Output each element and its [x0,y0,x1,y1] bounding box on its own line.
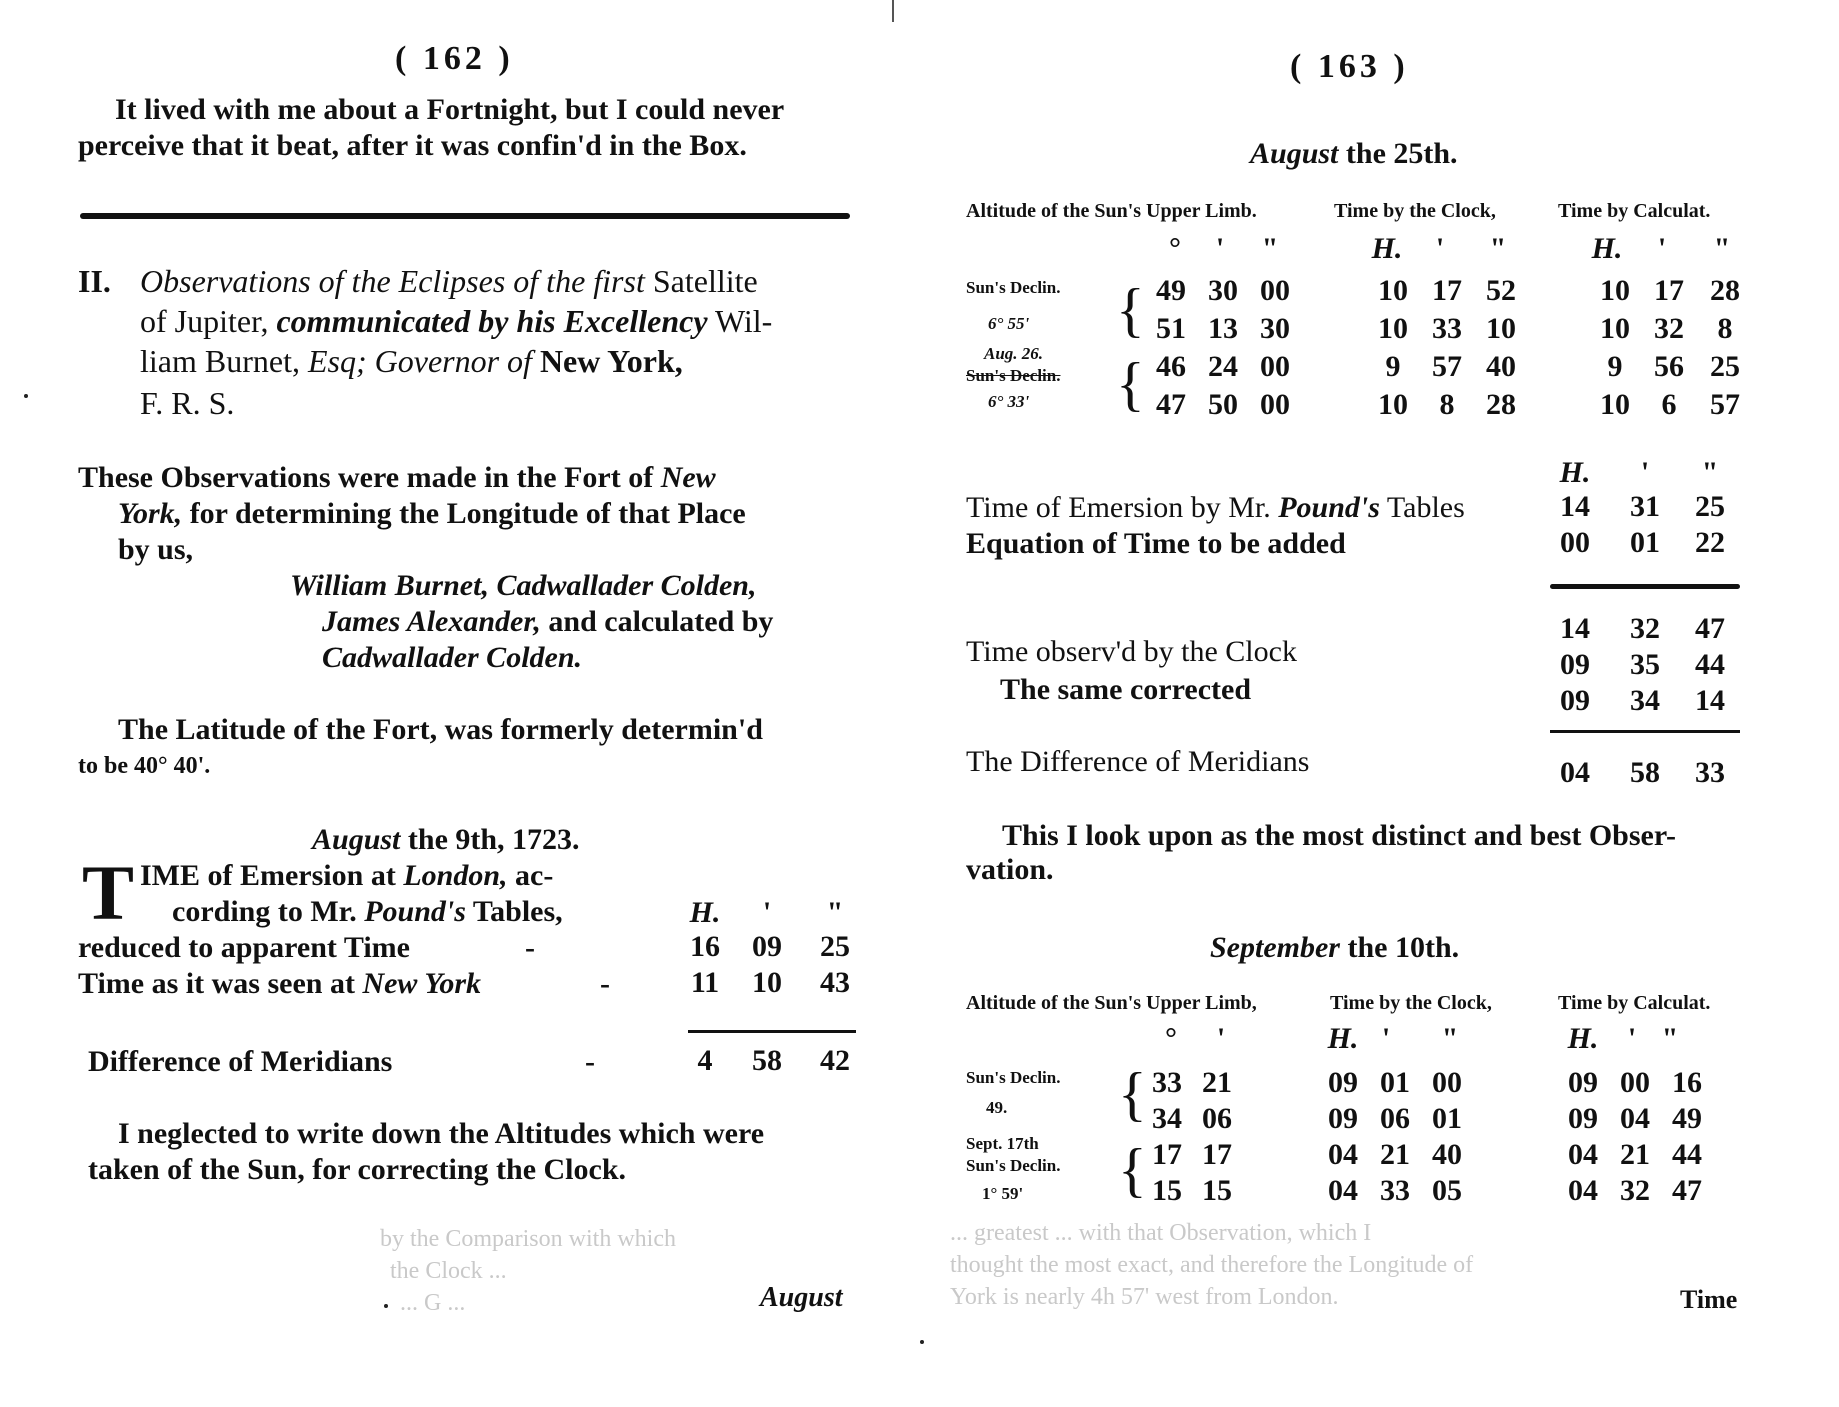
unit-minutes: ' [1366,1022,1406,1056]
cell: 14 [1685,684,1735,718]
sum-rule [1550,584,1740,589]
unit-seconds: " [1250,232,1290,266]
observer-names-line-2: James Alexander, and calculated by [322,604,773,640]
showthrough-line-1: ... greatest ... with that Observation, … [950,1220,1371,1247]
showthrough-line-1: by the Comparison with which [380,1226,676,1253]
aug9-day-year: the 9th, 1723. [400,823,579,856]
cell: 33 [1422,312,1472,346]
cell: 28 [1700,274,1750,308]
sep10-date-heading: September the 10th. [1210,930,1459,966]
cell: 00 [1250,388,1300,422]
cell: 25 [1685,490,1735,524]
emersion-label: Time of Emersion by Mr. Pound's Tables [966,490,1465,526]
cell: 33 [1685,756,1735,790]
cell: 57 [1700,388,1750,422]
showthrough-line-2: thought the most exact, and therefore th… [950,1252,1473,1279]
print-speck [24,394,28,398]
intro-line-1: These Observations were made in the Fort… [78,460,716,496]
aug9-difference-label: Difference of Meridians [88,1044,392,1080]
difference-label: The Difference of Meridians [966,744,1309,780]
cell: 9 [1368,350,1418,384]
aug25-date-heading: August the 25th. [1250,136,1458,172]
equation-label: Equation of Time to be added [966,526,1346,562]
column-header-clock: Time by the Clock, [1334,200,1496,223]
cell: 10 [1476,312,1526,346]
unit-degrees: ° [1146,1022,1196,1056]
title-line-2-italic: communicated by his Excellency [276,303,707,339]
intro-line-1-text: These Observations were made in the Fort… [78,461,661,494]
cell: 00 [1550,526,1600,560]
cell: 40 [1476,350,1526,384]
carryover-line-2: perceive that it beat, after it was conf… [78,128,747,164]
unit-minutes: ' [742,896,792,930]
cell: 09 [742,930,792,964]
showthrough-line-3: ... G ... [400,1290,465,1317]
aug9-line-2-end: Tables, [466,895,563,928]
drop-cap: T [82,858,134,928]
side-label-declination-value: 49. [986,1098,1007,1118]
title-line-2-roman2: Wil- [708,303,773,339]
bracket-brace: { [1116,354,1145,414]
cell: 43 [810,966,860,1000]
side-label-declination: Sun's Declin. [966,1156,1060,1176]
cell: 01 [1620,526,1670,560]
unit-seconds: " [810,896,860,930]
cell: 57 [1422,350,1472,384]
cell: 00 [1422,1066,1472,1100]
observer-name-alexander: James Alexander, [322,605,541,638]
title-line-4: F. R. S. [140,384,234,422]
latitude-line-1: The Latitude of the Fort, was formerly d… [118,712,763,748]
aug9-line-2: cording to Mr. Pound's Tables, [172,894,563,930]
aug9-line-2-text: cording to Mr. [172,895,364,928]
cell: 13 [1198,312,1248,346]
title-line-3: liam Burnet, Esq; Governor of New York, [140,342,683,380]
cell: 09 [1318,1102,1368,1136]
print-speck [920,1340,924,1344]
unit-hours: H. [1362,232,1412,266]
cell: 4 [680,1044,730,1078]
cell: 14 [1550,612,1600,646]
cell: 30 [1198,274,1248,308]
cell: 21 [1370,1138,1420,1172]
page-number-left: ( 162 ) [395,40,514,78]
title-line-2-roman: of Jupiter, [140,303,276,339]
showthrough-line-2: the Clock ... [390,1258,507,1285]
intro-line-3: by us, [118,532,193,568]
title-line-1: Observations of the Eclipses of the firs… [140,262,758,300]
remark-line-1: This I look upon as the most distinct an… [1002,818,1676,854]
cell: 21 [1610,1138,1660,1172]
cell: 56 [1644,350,1694,384]
bracket-brace: { [1116,280,1145,340]
section-divider [80,213,850,219]
cell: 46 [1146,350,1196,384]
cell: 10 [1368,388,1418,422]
sep10-day: the 10th. [1340,931,1459,964]
article-numeral: II. [78,262,111,300]
side-label-declination-value: 6° 55' [988,314,1029,334]
unit-minutes: ' [1200,232,1240,266]
cell: 09 [1558,1102,1608,1136]
side-label-declination: Sun's Declin. [966,278,1060,298]
cell: 24 [1198,350,1248,384]
cell: 31 [1620,490,1670,524]
side-label-declination: Sun's Declin. [966,1068,1060,1088]
column-header-calculation: Time by Calculat. [1558,992,1710,1015]
cell: 04 [1550,756,1600,790]
cell: 10 [1368,312,1418,346]
cell: 33 [1142,1066,1192,1100]
cell: 47 [1662,1174,1712,1208]
cell: 04 [1610,1102,1660,1136]
cell: 34 [1620,684,1670,718]
title-line-1-roman: Satellite [645,263,758,299]
cell: 44 [1685,648,1735,682]
cell: 17 [1142,1138,1192,1172]
closing-line-1: I neglected to write down the Altitudes … [118,1116,764,1152]
cell: 10 [1368,274,1418,308]
side-label-declination-value: 6° 33' [988,392,1029,412]
cell: 06 [1370,1102,1420,1136]
unit-seconds: " [1430,1022,1470,1056]
side-label-date: Aug. 26. [984,344,1043,364]
cell: 06 [1192,1102,1242,1136]
unit-hours: H. [680,896,730,930]
unit-degrees: ° [1150,232,1200,266]
cell: 15 [1142,1174,1192,1208]
unit-seconds: " [1478,232,1518,266]
cell: 15 [1192,1174,1242,1208]
side-label-date: Sept. 17th [966,1134,1039,1154]
closing-line-2: taken of the Sun, for correcting the Clo… [88,1152,626,1188]
title-line-3-roman: liam Burnet, [140,343,308,379]
intro-line-1-italic: New [661,461,716,494]
cell: 00 [1250,274,1300,308]
cell: 28 [1476,388,1526,422]
title-line-2: of Jupiter, communicated by his Excellen… [140,302,772,340]
cell: 49 [1146,274,1196,308]
corrected-label: The same corrected [1000,672,1251,708]
calculator-name: Cadwallader Colden. [322,640,582,676]
cell: 01 [1370,1066,1420,1100]
cell: 17 [1422,274,1472,308]
unit-hours: H. [1582,232,1632,266]
emersion-label-end: Tables [1380,491,1465,524]
cell: 21 [1192,1066,1242,1100]
catchword-right: Time [1680,1282,1737,1318]
column-header-calculation: Time by Calculat. [1558,200,1710,223]
title-line-3-italic: Esq; Governor of [308,343,532,379]
column-header-clock: Time by the Clock, [1330,992,1492,1015]
unit-minutes: ' [1642,232,1682,266]
cell: 25 [810,930,860,964]
carryover-line-1: It lived with me about a Fortnight, but … [115,92,784,128]
unit-minutes: ' [1420,232,1460,266]
cell: 40 [1422,1138,1472,1172]
cell: 01 [1422,1102,1472,1136]
cell: 34 [1142,1102,1192,1136]
cell: 00 [1610,1066,1660,1100]
cell: 14 [1550,490,1600,524]
observer-names-line-1: William Burnet, Cadwallader Colden, [290,568,756,604]
unit-seconds: " [1702,232,1742,266]
side-label-declination-value: 1° 59' [982,1184,1023,1204]
cell: 50 [1198,388,1248,422]
column-header-altitude: Altitude of the Sun's Upper Limb. [966,200,1257,223]
aug9-pounds: Pound's [364,895,466,928]
aug9-line-4-dash: - [600,966,610,1002]
cell: 16 [680,930,730,964]
cell: 58 [1620,756,1670,790]
cell: 16 [1662,1066,1712,1100]
cell: 00 [1250,350,1300,384]
aug9-line-4: Time as it was seen at New York [78,966,481,1002]
cell: 33 [1370,1174,1420,1208]
aug9-line-3-dash: - [525,930,535,966]
cell: 22 [1685,526,1735,560]
unit-hours: H. [1318,1022,1368,1056]
cell: 25 [1700,350,1750,384]
aug9-line-4-text: Time as it was seen at [78,967,362,1000]
title-line-3-roman2: New York, [532,343,683,379]
column-header-altitude: Altitude of the Sun's Upper Limb, [966,992,1257,1015]
cell: 32 [1644,312,1694,346]
cell: 10 [1590,312,1640,346]
aug9-line-3: reduced to apparent Time [78,930,410,966]
cell: 44 [1662,1138,1712,1172]
cell: 47 [1146,388,1196,422]
unit-hours: H. [1558,1022,1608,1056]
unit-minutes: ' [1620,456,1670,490]
aug25-month: August [1250,137,1338,170]
cell: 8 [1422,388,1472,422]
latitude-line-2: to be 40° 40'. [78,748,210,784]
right-page: ( 163 ) August the 25th. Altitude of the… [910,0,1839,1407]
emersion-label-text: Time of Emersion by Mr. [966,491,1278,524]
cell: 04 [1318,1174,1368,1208]
aug9-london: London, [403,859,507,892]
observed-label: Time observ'd by the Clock [966,634,1297,670]
cell: 30 [1250,312,1300,346]
cell: 17 [1192,1138,1242,1172]
cell: 09 [1550,648,1600,682]
cell: 32 [1610,1174,1660,1208]
cell: 9 [1590,350,1640,384]
cell: 49 [1662,1102,1712,1136]
cell: 52 [1476,274,1526,308]
unit-minutes: ' [1612,1022,1652,1056]
remark-line-2: vation. [966,852,1054,888]
cell: 09 [1318,1066,1368,1100]
aug25-day: the 25th. [1338,137,1457,170]
aug9-new-york: New York [362,967,481,1000]
cell: 10 [742,966,792,1000]
intro-line-2: York, for determining the Longitude of t… [118,496,746,532]
cell: 8 [1700,312,1750,346]
aug9-difference-dash: - [585,1044,595,1080]
sum-rule [688,1030,856,1033]
cell: 17 [1644,274,1694,308]
cell: 10 [1590,388,1640,422]
emersion-pounds: Pound's [1278,491,1380,524]
unit-seconds: " [1685,456,1735,490]
aug9-line-1: IME of Emersion at London, ac- [140,858,553,894]
cell: 09 [1550,684,1600,718]
aug9-date-heading: August the 9th, 1723. [312,822,580,858]
unit-hours: H. [1550,456,1600,490]
cell: 32 [1620,612,1670,646]
cell: 35 [1620,648,1670,682]
aug9-line-1-end: ac- [508,859,554,892]
cell: 10 [1590,274,1640,308]
side-label-declination: Sun's Declin. [966,366,1060,386]
title-line-1-italic: Observations of the Eclipses of the firs… [140,263,645,299]
aug9-month: August [312,823,400,856]
unit-seconds: " [1650,1022,1690,1056]
intro-line-2-text: for determining the Longitude of that Pl… [182,497,746,530]
cell: 04 [1318,1138,1368,1172]
cell: 09 [1558,1066,1608,1100]
aug9-line-1-text: IME of Emersion at [140,859,403,892]
observer-names-line-2-text: and calculated by [541,605,774,638]
left-page: ( 162 ) It lived with me about a Fortnig… [0,0,900,1407]
unit-minutes: ' [1196,1022,1246,1056]
cell: 05 [1422,1174,1472,1208]
showthrough-line-3: York is nearly 4h 57' west from London. [950,1284,1339,1311]
cell: 6 [1644,388,1694,422]
print-speck [384,1304,388,1308]
cell: 04 [1558,1138,1608,1172]
catchword-left: August [760,1280,843,1316]
intro-line-2-italic: York, [118,497,182,530]
difference-rule [1550,730,1740,733]
cell: 42 [810,1044,860,1078]
cell: 47 [1685,612,1735,646]
cell: 04 [1558,1174,1608,1208]
cell: 11 [680,966,730,1000]
cell: 58 [742,1044,792,1078]
cell: 51 [1146,312,1196,346]
page-number-right: ( 163 ) [1290,48,1409,86]
sep10-month: September [1210,931,1340,964]
